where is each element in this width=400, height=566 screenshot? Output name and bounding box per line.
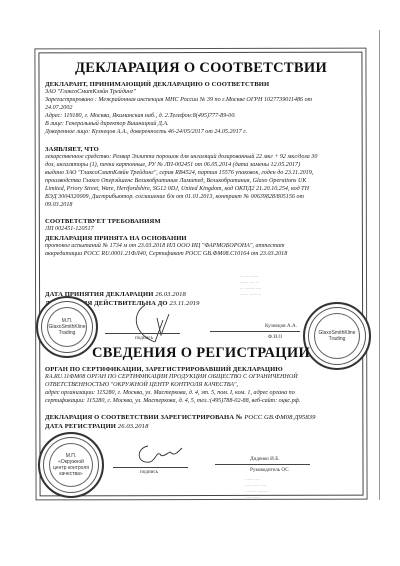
statement-line: 09.03.2018 [45,201,357,209]
declarant-line: В лице: Генеральный директор Вишницкий Д… [45,120,357,128]
statement-line: Limited, Priory Street, Ware, Hertfordsh… [45,185,357,193]
declarant-line: 24.07.2002 [45,104,357,112]
registered-row: ДЕКЛАРАЦИЯ О СООТВЕТСТВИИ ЗАРЕГИСТРИРОВА… [45,414,357,421]
acceptance-date-row: ДАТА ПРИНЯТИЯ ДЕКЛАРАЦИИ 26.03.2018 [45,291,357,298]
statement-line: доз, ингаляторы (1), пачки картонные, РУ… [45,161,357,169]
signature-label-1: подпись [135,335,153,341]
faint-background-text: ~~~ ~~~~ ~~~ ~~~~~~ ~~~~~~ ~~~ [245,478,268,502]
document-title: ДЕКЛАРАЦИЯ О СООТВЕТСТВИИ [45,60,357,77]
declarant-line: ЗАО "ГлаксоСмитКляйн Трейдинг" [45,88,357,96]
statement-line: лекарственное средство: Релвар Эллипта п… [45,153,357,161]
stamp-text: Trading [59,330,76,336]
signatory-name-1: Кузнецов А.А. [265,323,297,329]
valid-until-row: ДЕКЛАРАЦИЯ ДЕЙСТВИТЕЛЬНА ДО 23.11.2019 [45,300,357,307]
acceptance-date: 26.03.2018 [155,291,186,298]
certification-body-line: адрес организации: 115280, г. Москва, ул… [45,389,357,397]
declarant-heading: ДЕКЛАРАНТ, ПРИНИМАЮЩИЙ ДЕКЛАРАЦИЮ О СООТ… [45,81,357,88]
name-line-2 [215,464,310,465]
registration-date-label: ДАТА РЕГИСТРАЦИИ [45,423,116,430]
statement-line: выдано ЗАО "ГлаксоСмитКляйн Трейдинг", с… [45,169,357,177]
statement-line: производства Глаксо Оперэйшенс Великобри… [45,177,357,185]
stamp-text: качества» [59,471,82,477]
conformity-heading: СООТВЕТСТВУЕТ ТРЕБОВАНИЯМ [45,218,357,225]
statement-line: ВЭД 3004320009, Дистрибьютор. соглашение… [45,193,357,201]
faint-background-text: ~ ~~ ~~~~~~ ~~ ~~ ~~~~ ~~~~~ ~~~ ~ [240,275,261,299]
signatory-name-2: Диденко И.Б. [250,456,280,462]
stamp-text: Trading [329,336,346,342]
registration-date: 26.03.2018 [118,423,149,430]
registration-title: СВЕДЕНИЯ О РЕГИСТРАЦИИ [45,345,357,362]
signature-scribble-2 [130,440,190,470]
basis-line: аккредитации РОСС RU.0001.21ФЛ40, Сертиф… [45,250,357,258]
declarant-line: Доверенное лицо: Кузнецов А.А., доверенн… [45,128,357,136]
registered-number: РОСС GB.ФМ08.Д95839 [244,414,315,421]
page-edge-line [379,30,380,500]
declaration-content: ДЕКЛАРАЦИЯ О СООТВЕТСТВИИ ДЕКЛАРАНТ, ПРИ… [45,58,357,307]
basis-line: протокол испытаний № 1734 м от 23.03.201… [45,242,357,250]
basis-heading: ДЕКЛАРАЦИЯ ПРИНЯТА НА ОСНОВАНИИ [45,235,357,242]
certification-body-line: ОТВЕТСТВЕННОСТЬЮ "ОКРУЖНОЙ ЦЕНТР КОНТРОЛ… [45,381,357,389]
name-label-1: Ф.И.О [268,334,282,340]
certification-body-line: RA.RU.11ФМ08 ОРГАН ПО СЕРТИФИКАЦИИ ПРОДУ… [45,373,357,381]
name-label-2: Руководитель ОС [250,467,289,473]
certification-body-stamp: М.П. «Окружной центр контроля качества» [38,432,104,498]
declarant-line: Адрес: 119180, г. Москва, Якиманская наб… [45,112,357,120]
declarant-line: Зарегистрировано : Межрайонная инспекция… [45,96,357,104]
signature-label-2: подпись [140,469,158,475]
registration-date-row: ДАТА РЕГИСТРАЦИИ 26.03.2018 [45,423,357,430]
conformity-value: ЛП 002451-120517 [45,225,357,233]
certification-body-line: сертификации: 115280, г. Москва, ул. Мас… [45,397,357,405]
certification-body-heading: ОРГАН ПО СЕРТИФИКАЦИИ, ЗАРЕГИСТРИРОВАВШИ… [45,366,357,373]
signature-line-1 [105,333,180,334]
statement-heading: ЗАЯВЛЯЕТ, ЧТО [45,146,357,153]
signature-scribble-1 [125,300,185,345]
name-line-1 [210,331,300,332]
registered-label: ДЕКЛАРАЦИЯ О СООТВЕТСТВИИ ЗАРЕГИСТРИРОВА… [45,414,243,421]
registration-content: СВЕДЕНИЯ О РЕГИСТРАЦИИ ОРГАН ПО СЕРТИФИК… [45,343,357,430]
signature-line-2 [113,467,188,468]
